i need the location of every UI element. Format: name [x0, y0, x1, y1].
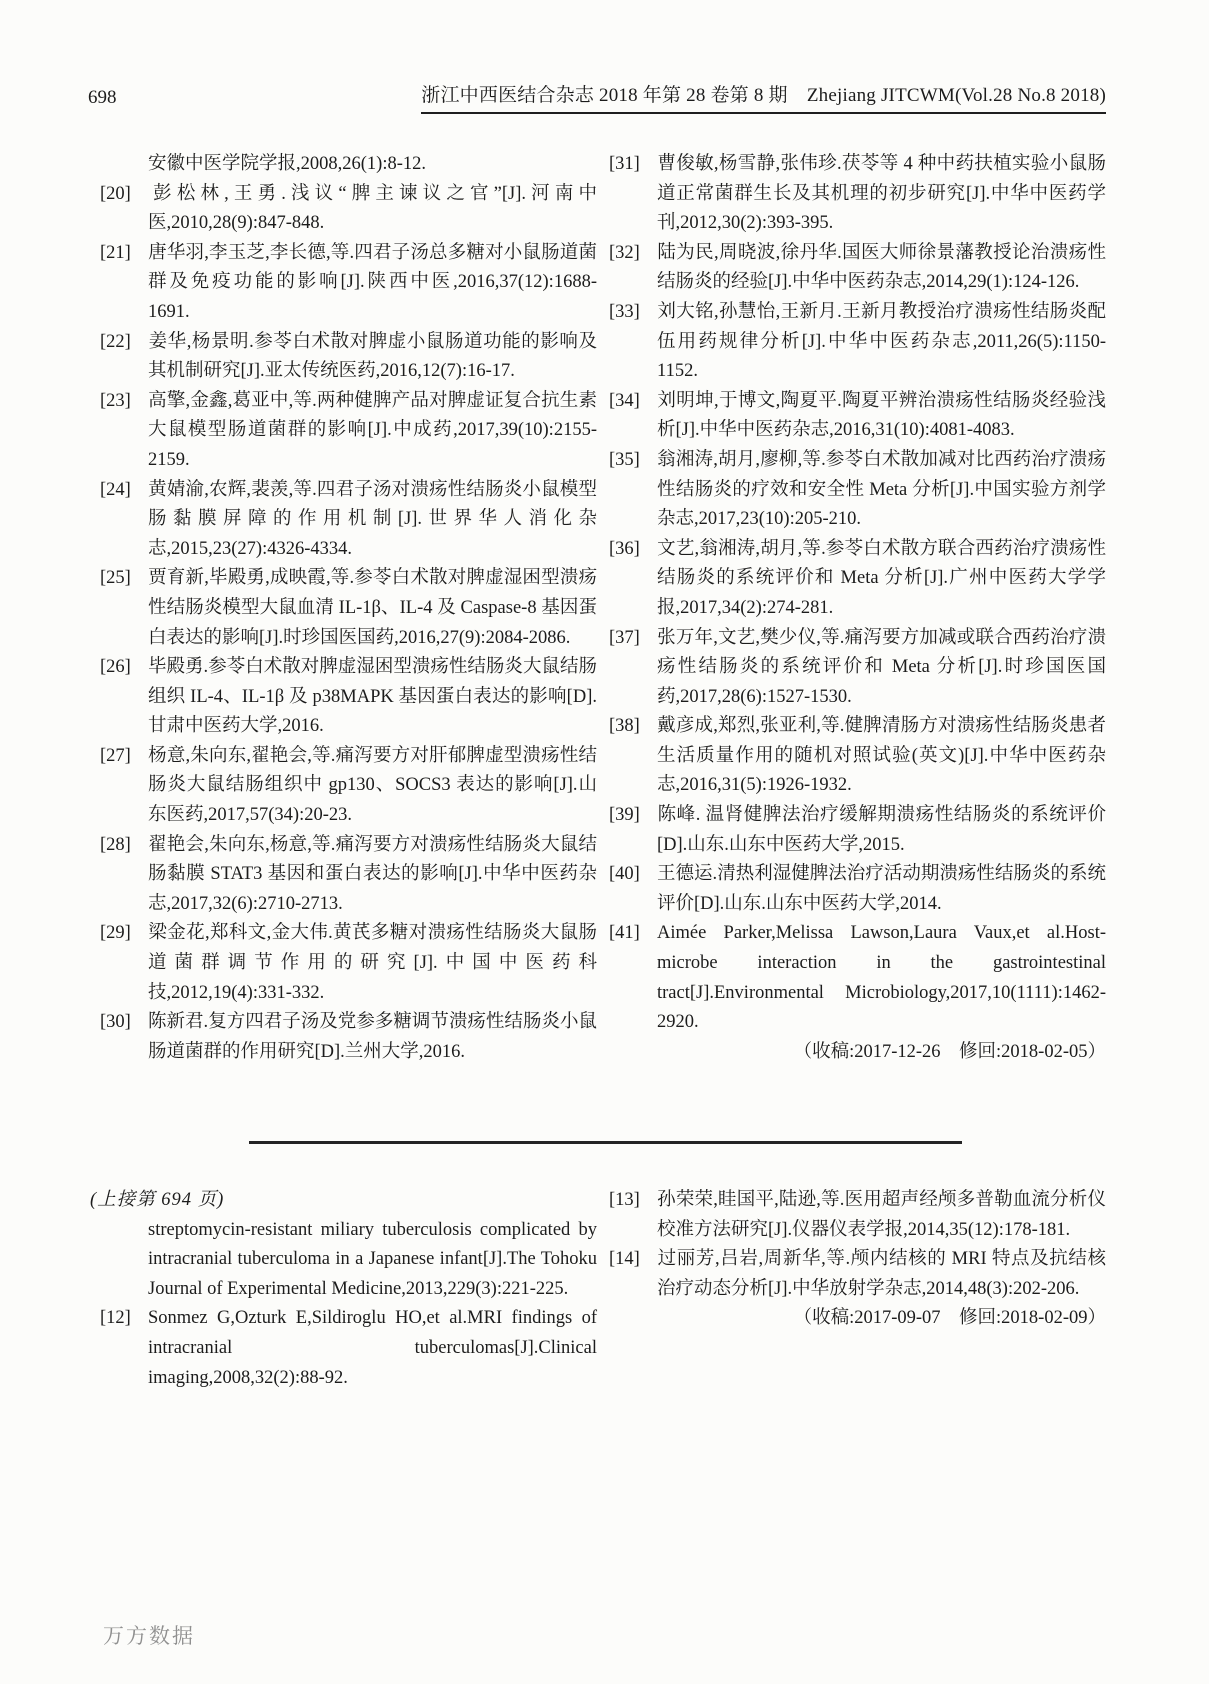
reference-item: [40]王德运.清热利湿健脾法治疗活动期溃疡性结肠炎的系统评价[D].山东.山东… [609, 860, 1106, 919]
reference-item: streptomycin-resistant miliary tuberculo… [100, 1216, 597, 1305]
reference-number: [37] [609, 624, 657, 654]
journal-page: 698 浙江中西医结合杂志 2018 年第 28 卷第 8 期 Zhejiang… [0, 0, 1209, 1684]
reference-text: 唐华羽,李玉芝,李长德,等.四君子汤总多糖对小鼠肠道菌群及免疫功能的影响[J].… [148, 243, 597, 322]
reference-item: [22]姜华,杨景明.参苓白术散对脾虚小鼠肠道功能的影响及其机制研究[J].亚太… [100, 328, 597, 387]
watermark: 万方数据 [103, 1620, 195, 1650]
reference-item: [37]张万年,文艺,樊少仪,等.痛泻要方加减或联合西药治疗溃疡性结肠炎的系统评… [609, 624, 1106, 713]
reference-item: [26]毕殿勇.参苓白术散对脾虚湿困型溃疡性结肠炎大鼠结肠组织 IL-4、IL-… [100, 653, 597, 742]
reference-number: [36] [609, 535, 657, 565]
reference-number: [22] [100, 328, 148, 358]
reference-item: 安徽中医学院学报,2008,26(1):8-12. [100, 150, 597, 180]
reference-number: [14] [609, 1245, 657, 1275]
reference-text: 戴彦成,郑烈,张亚利,等.健脾清肠方对溃疡性结肠炎患者生活质量作用的随机对照试验… [657, 716, 1106, 795]
journal-header-line: 浙江中西医结合杂志 2018 年第 28 卷第 8 期 Zhejiang JIT… [421, 86, 1106, 114]
reference-text: streptomycin-resistant miliary tuberculo… [148, 1220, 597, 1299]
reference-text: Aimée Parker,Melissa Lawson,Laura Vaux,e… [657, 923, 1106, 1032]
continuation-left-column: (上接第 694 页) streptomycin-resistant milia… [100, 1186, 597, 1393]
page-header: 698 浙江中西医结合杂志 2018 年第 28 卷第 8 期 Zhejiang… [88, 86, 1106, 114]
reference-number: [40] [609, 860, 657, 890]
reference-text: 杨意,朱向东,翟艳会,等.痛泻要方对肝郁脾虚型溃疡性结肠炎大鼠结肠组织中 gp1… [148, 746, 597, 825]
reference-item: [21]唐华羽,李玉芝,李长德,等.四君子汤总多糖对小鼠肠道菌群及免疫功能的影响… [100, 239, 597, 328]
reference-text: 彭松林,王勇.浅议“脾主谏议之官”[J].河南中医,2010,28(9):847… [148, 184, 597, 234]
reference-number: [38] [609, 712, 657, 742]
reference-text: 陈新君.复方四君子汤及党参多糖调节溃疡性结肠炎小鼠肠道菌群的作用研究[D].兰州… [148, 1012, 597, 1062]
reference-number: [27] [100, 742, 148, 772]
reference-text: 陈峰. 温肾健脾法治疗缓解期溃疡性结肠炎的系统评价[D].山东.山东中医药大学,… [657, 805, 1106, 855]
reference-number: [21] [100, 239, 148, 269]
reference-text: 毕殿勇.参苓白术散对脾虚湿困型溃疡性结肠炎大鼠结肠组织 IL-4、IL-1β 及… [148, 657, 597, 736]
continued-from-note: (上接第 694 页) [90, 1186, 597, 1216]
page-number: 698 [88, 88, 117, 114]
reference-text: 高擎,金鑫,葛亚中,等.两种健脾产品对脾虚证复合抗生素大鼠模型肠道菌群的影响[J… [148, 391, 597, 470]
reference-number: [25] [100, 564, 148, 594]
reference-item: [35]翁湘涛,胡月,廖柳,等.参苓白术散加减对比西药治疗溃疡性结肠炎的疗效和安… [609, 446, 1106, 535]
reference-number: [32] [609, 239, 657, 269]
reference-item: [25]贾育新,毕殿勇,成映霞,等.参苓白术散对脾虚湿困型溃疡性结肠炎模型大鼠血… [100, 564, 597, 653]
reference-item: [27]杨意,朱向东,翟艳会,等.痛泻要方对肝郁脾虚型溃疡性结肠炎大鼠结肠组织中… [100, 742, 597, 831]
reference-item: [29]梁金花,郑科文,金大伟.黄芪多糖对溃疡性结肠炎大鼠肠道菌群调节作用的研究… [100, 919, 597, 1008]
reference-number: [20] [100, 180, 148, 210]
reference-item: [36]文艺,翁湘涛,胡月,等.参苓白术散方联合西药治疗溃疡性结肠炎的系统评价和… [609, 535, 1106, 624]
reference-text: 安徽中医学院学报,2008,26(1):8-12. [148, 154, 426, 174]
reference-text: 贾育新,毕殿勇,成映霞,等.参苓白术散对脾虚湿困型溃疡性结肠炎模型大鼠血清 IL… [148, 568, 597, 647]
received-revised-note: （收稿:2017-09-07 修回:2018-02-09） [609, 1304, 1106, 1334]
reference-item: [14]过丽芳,吕岩,周新华,等.颅内结核的 MRI 特点及抗结核治疗动态分析[… [609, 1245, 1106, 1304]
reference-text: 陆为民,周晓波,徐丹华.国医大师徐景藩教授论治溃疡性结肠炎的经验[J].中华中医… [657, 243, 1106, 293]
reference-number: [28] [100, 831, 148, 861]
reference-number: [29] [100, 919, 148, 949]
reference-text: 过丽芳,吕岩,周新华,等.颅内结核的 MRI 特点及抗结核治疗动态分析[J].中… [657, 1249, 1106, 1299]
reference-item: [23]高擎,金鑫,葛亚中,等.两种健脾产品对脾虚证复合抗生素大鼠模型肠道菌群的… [100, 387, 597, 476]
reference-number: [33] [609, 298, 657, 328]
reference-number: [35] [609, 446, 657, 476]
reference-item: [34]刘明坤,于博文,陶夏平.陶夏平辨治溃疡性结肠炎经验浅析[J].中华中医药… [609, 387, 1106, 446]
reference-item: [38]戴彦成,郑烈,张亚利,等.健脾清肠方对溃疡性结肠炎患者生活质量作用的随机… [609, 712, 1106, 801]
reference-item: [13]孙荣荣,眭国平,陆逊,等.医用超声经颅多普勒血流分析仪校准方法研究[J]… [609, 1186, 1106, 1245]
reference-number: [41] [609, 919, 657, 949]
reference-text: 孙荣荣,眭国平,陆逊,等.医用超声经颅多普勒血流分析仪校准方法研究[J].仪器仪… [657, 1190, 1106, 1240]
reference-text: 曹俊敏,杨雪静,张伟珍.茯苓等 4 种中药扶植实验小鼠肠道正常菌群生长及其机理的… [657, 154, 1106, 233]
continuation-right-column: [13]孙荣荣,眭国平,陆逊,等.医用超声经颅多普勒血流分析仪校准方法研究[J]… [609, 1186, 1106, 1334]
reference-text: 黄婧渝,农辉,裴羡,等.四君子汤对溃疡性结肠炎小鼠模型肠黏膜屏障的作用机制[J]… [148, 480, 597, 559]
reference-number: [30] [100, 1008, 148, 1038]
reference-item: [39]陈峰. 温肾健脾法治疗缓解期溃疡性结肠炎的系统评价[D].山东.山东中医… [609, 801, 1106, 860]
reference-text: 王德运.清热利湿健脾法治疗活动期溃疡性结肠炎的系统评价[D].山东.山东中医药大… [657, 864, 1106, 914]
reference-text: 刘大铭,孙慧怡,王新月.王新月教授治疗溃疡性结肠炎配伍用药规律分析[J].中华中… [657, 302, 1106, 381]
reference-number: [34] [609, 387, 657, 417]
reference-number: [23] [100, 387, 148, 417]
reference-text: Sonmez G,Ozturk E,Sildiroglu HO,et al.MR… [148, 1308, 597, 1387]
reference-text: 张万年,文艺,樊少仪,等.痛泻要方加减或联合西药治疗溃疡性结肠炎的系统评价和 M… [657, 628, 1106, 707]
reference-number: [24] [100, 476, 148, 506]
reference-text: 刘明坤,于博文,陶夏平.陶夏平辨治溃疡性结肠炎经验浅析[J].中华中医药杂志,2… [657, 391, 1106, 441]
reference-number: [12] [100, 1304, 148, 1334]
reference-item: [12]Sonmez G,Ozturk E,Sildiroglu HO,et a… [100, 1304, 597, 1393]
received-revised-note: （收稿:2017-12-26 修回:2018-02-05） [609, 1038, 1106, 1068]
reference-text: 翟艳会,朱向东,杨意,等.痛泻要方对溃疡性结肠炎大鼠结肠黏膜 STAT3 基因和… [148, 835, 597, 914]
references-left-column: 安徽中医学院学报,2008,26(1):8-12.[20]彭松林,王勇.浅议“脾… [100, 150, 597, 1067]
section-divider [249, 1141, 962, 1144]
reference-text: 翁湘涛,胡月,廖柳,等.参苓白术散加减对比西药治疗溃疡性结肠炎的疗效和安全性 M… [657, 450, 1106, 529]
reference-item: [33]刘大铭,孙慧怡,王新月.王新月教授治疗溃疡性结肠炎配伍用药规律分析[J]… [609, 298, 1106, 387]
reference-text: 姜华,杨景明.参苓白术散对脾虚小鼠肠道功能的影响及其机制研究[J].亚太传统医药… [148, 332, 597, 382]
reference-text: 文艺,翁湘涛,胡月,等.参苓白术散方联合西药治疗溃疡性结肠炎的系统评价和 Met… [657, 539, 1106, 618]
reference-number: [39] [609, 801, 657, 831]
reference-number: [26] [100, 653, 148, 683]
reference-number: [13] [609, 1186, 657, 1216]
reference-item: [20]彭松林,王勇.浅议“脾主谏议之官”[J].河南中医,2010,28(9)… [100, 180, 597, 239]
reference-item: [28]翟艳会,朱向东,杨意,等.痛泻要方对溃疡性结肠炎大鼠结肠黏膜 STAT3… [100, 831, 597, 920]
reference-item: [32]陆为民,周晓波,徐丹华.国医大师徐景藩教授论治溃疡性结肠炎的经验[J].… [609, 239, 1106, 298]
reference-item: [31]曹俊敏,杨雪静,张伟珍.茯苓等 4 种中药扶植实验小鼠肠道正常菌群生长及… [609, 150, 1106, 239]
reference-item: [41]Aimée Parker,Melissa Lawson,Laura Va… [609, 919, 1106, 1037]
reference-item: [24]黄婧渝,农辉,裴羡,等.四君子汤对溃疡性结肠炎小鼠模型肠黏膜屏障的作用机… [100, 476, 597, 565]
references-right-column: [31]曹俊敏,杨雪静,张伟珍.茯苓等 4 种中药扶植实验小鼠肠道正常菌群生长及… [609, 150, 1106, 1067]
reference-item: [30]陈新君.复方四君子汤及党参多糖调节溃疡性结肠炎小鼠肠道菌群的作用研究[D… [100, 1008, 597, 1067]
reference-text: 梁金花,郑科文,金大伟.黄芪多糖对溃疡性结肠炎大鼠肠道菌群调节作用的研究[J].… [148, 923, 597, 1002]
reference-number: [31] [609, 150, 657, 180]
